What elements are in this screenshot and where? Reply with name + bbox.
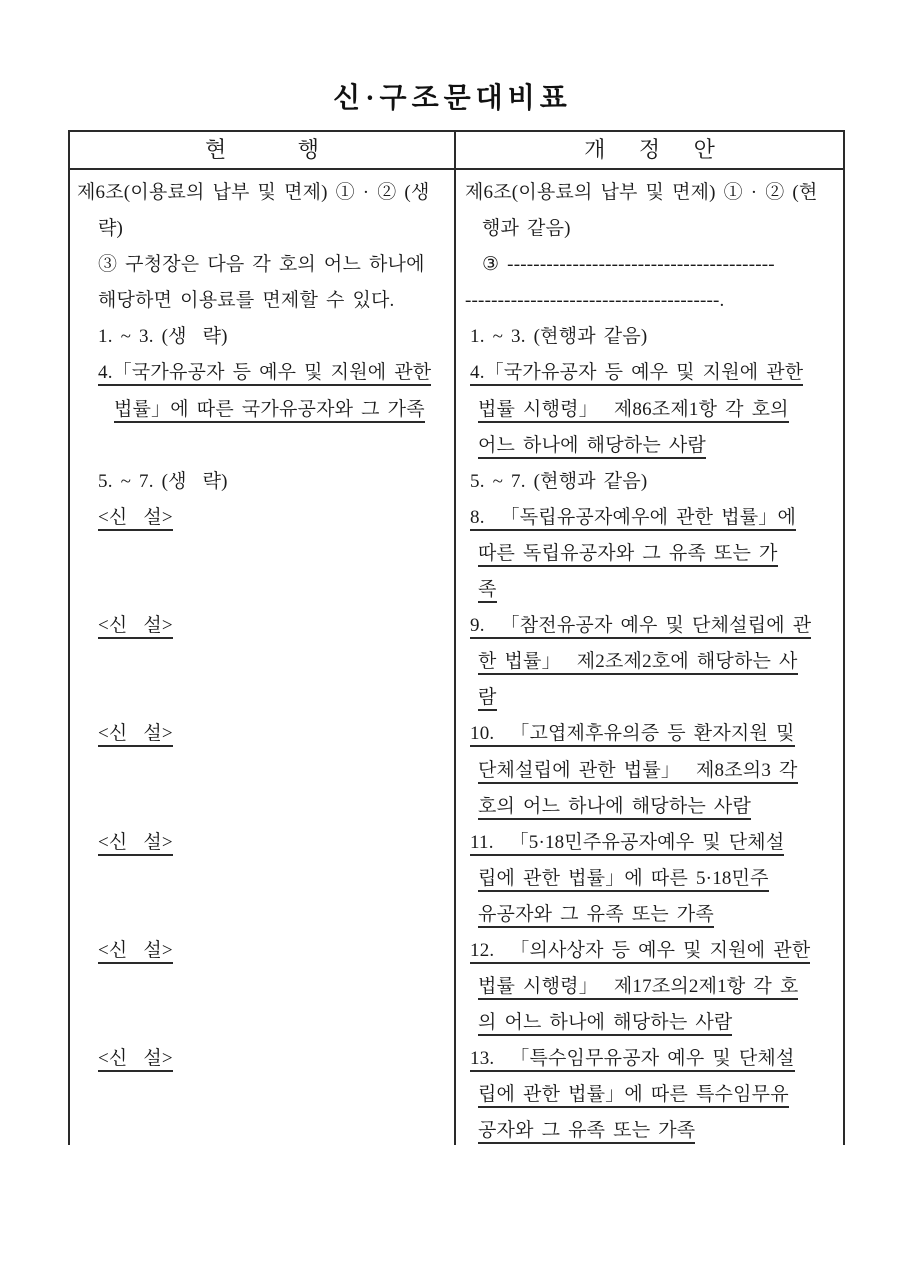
text-line: 12. 「의사상자 등 예우 및 지원에 관한 [463, 933, 840, 969]
text-line: <신 설> [77, 500, 451, 536]
text-line: 제6조(이용료의 납부 및 면제) ① · ② (생 [77, 175, 451, 211]
text-line: ---------------------------------------. [463, 283, 840, 319]
current-column: 제6조(이용료의 납부 및 면제) ① · ② (생략)③ 구청장은 다음 각 … [70, 170, 456, 1145]
text-line: 략) [77, 211, 451, 247]
revised-column: 제6조(이용료의 납부 및 면제) ① · ② (현행과 같음)③ ------… [456, 170, 843, 1145]
blank-line [77, 861, 451, 897]
text-line: 유공자와 그 유족 또는 가족 [463, 897, 840, 933]
text-line: 어느 하나에 해당하는 사람 [463, 428, 840, 464]
blank-line [77, 1077, 451, 1113]
text-line: 9. 「참전유공자 예우 및 단체설립에 관 [463, 608, 840, 644]
text-line: ③ 구청장은 다음 각 호의 어느 하나에 [77, 247, 451, 283]
text-line: 따른 독립유공자와 그 유족 또는 가 [463, 536, 840, 572]
table-body-row: 제6조(이용료의 납부 및 면제) ① · ② (생략)③ 구청장은 다음 각 … [68, 170, 845, 1145]
text-line: 람 [463, 680, 840, 716]
text-line: 호의 어느 하나에 해당하는 사람 [463, 789, 840, 825]
document-page: 신·구조문대비표 현 행 개 정 안 제6조(이용료의 납부 및 면제) ① ·… [0, 0, 905, 1279]
text-line: 법률 시행령」 제86조제1항 각 호의 [463, 392, 840, 428]
comparison-table: 현 행 개 정 안 제6조(이용료의 납부 및 면제) ① · ② (생략)③ … [68, 130, 845, 1145]
text-line: <신 설> [77, 608, 451, 644]
text-line: 한 법률」 제2조제2호에 해당하는 사 [463, 644, 840, 680]
text-line: 법률 시행령」 제17조의2제1항 각 호 [463, 969, 840, 1005]
text-line: 1. ~ 3. (현행과 같음) [463, 319, 840, 355]
blank-line [77, 536, 451, 572]
text-line: ③ --------------------------------------… [463, 247, 840, 283]
text-line: 1. ~ 3. (생 략) [77, 319, 451, 355]
blank-line [77, 572, 451, 608]
column-header-revised: 개 정 안 [456, 132, 843, 168]
text-line: 10. 「고엽제후유의증 등 환자지원 및 [463, 716, 840, 752]
blank-line [77, 1113, 451, 1145]
blank-line [77, 1005, 451, 1041]
text-line: 행과 같음) [463, 211, 840, 247]
page-title: 신·구조문대비표 [0, 76, 905, 116]
text-line: 의 어느 하나에 해당하는 사람 [463, 1005, 840, 1041]
text-line: <신 설> [77, 1041, 451, 1077]
text-line: 법률」에 따른 국가유공자와 그 가족 [77, 392, 451, 428]
text-line: 5. ~ 7. (현행과 같음) [463, 464, 840, 500]
text-line: <신 설> [77, 933, 451, 969]
blank-line [77, 753, 451, 789]
text-line: 족 [463, 572, 840, 608]
blank-line [77, 428, 451, 464]
text-line: 11. 「5·18민주유공자예우 및 단체설 [463, 825, 840, 861]
blank-line [77, 789, 451, 825]
text-line: 제6조(이용료의 납부 및 면제) ① · ② (현 [463, 175, 840, 211]
blank-line [77, 680, 451, 716]
text-line: 해당하면 이용료를 면제할 수 있다. [77, 283, 451, 319]
text-line: 4.「국가유공자 등 예우 및 지원에 관한 [77, 355, 451, 391]
table-header-row: 현 행 개 정 안 [68, 130, 845, 170]
text-line: 13. 「특수임무유공자 예우 및 단체설 [463, 1041, 840, 1077]
text-line: 4.「국가유공자 등 예우 및 지원에 관한 [463, 355, 840, 391]
text-line: 립에 관한 법률」에 따른 5·18민주 [463, 861, 840, 897]
blank-line [77, 969, 451, 1005]
column-header-current: 현 행 [70, 132, 456, 168]
text-line: <신 설> [77, 825, 451, 861]
blank-line [77, 897, 451, 933]
text-line: 립에 관한 법률」에 따른 특수임무유 [463, 1077, 840, 1113]
text-line: 5. ~ 7. (생 략) [77, 464, 451, 500]
text-line: 공자와 그 유족 또는 가족 [463, 1113, 840, 1145]
text-line: 8. 「독립유공자예우에 관한 법률」에 [463, 500, 840, 536]
text-line: 단체설립에 관한 법률」 제8조의3 각 [463, 753, 840, 789]
blank-line [77, 644, 451, 680]
text-line: <신 설> [77, 716, 451, 752]
